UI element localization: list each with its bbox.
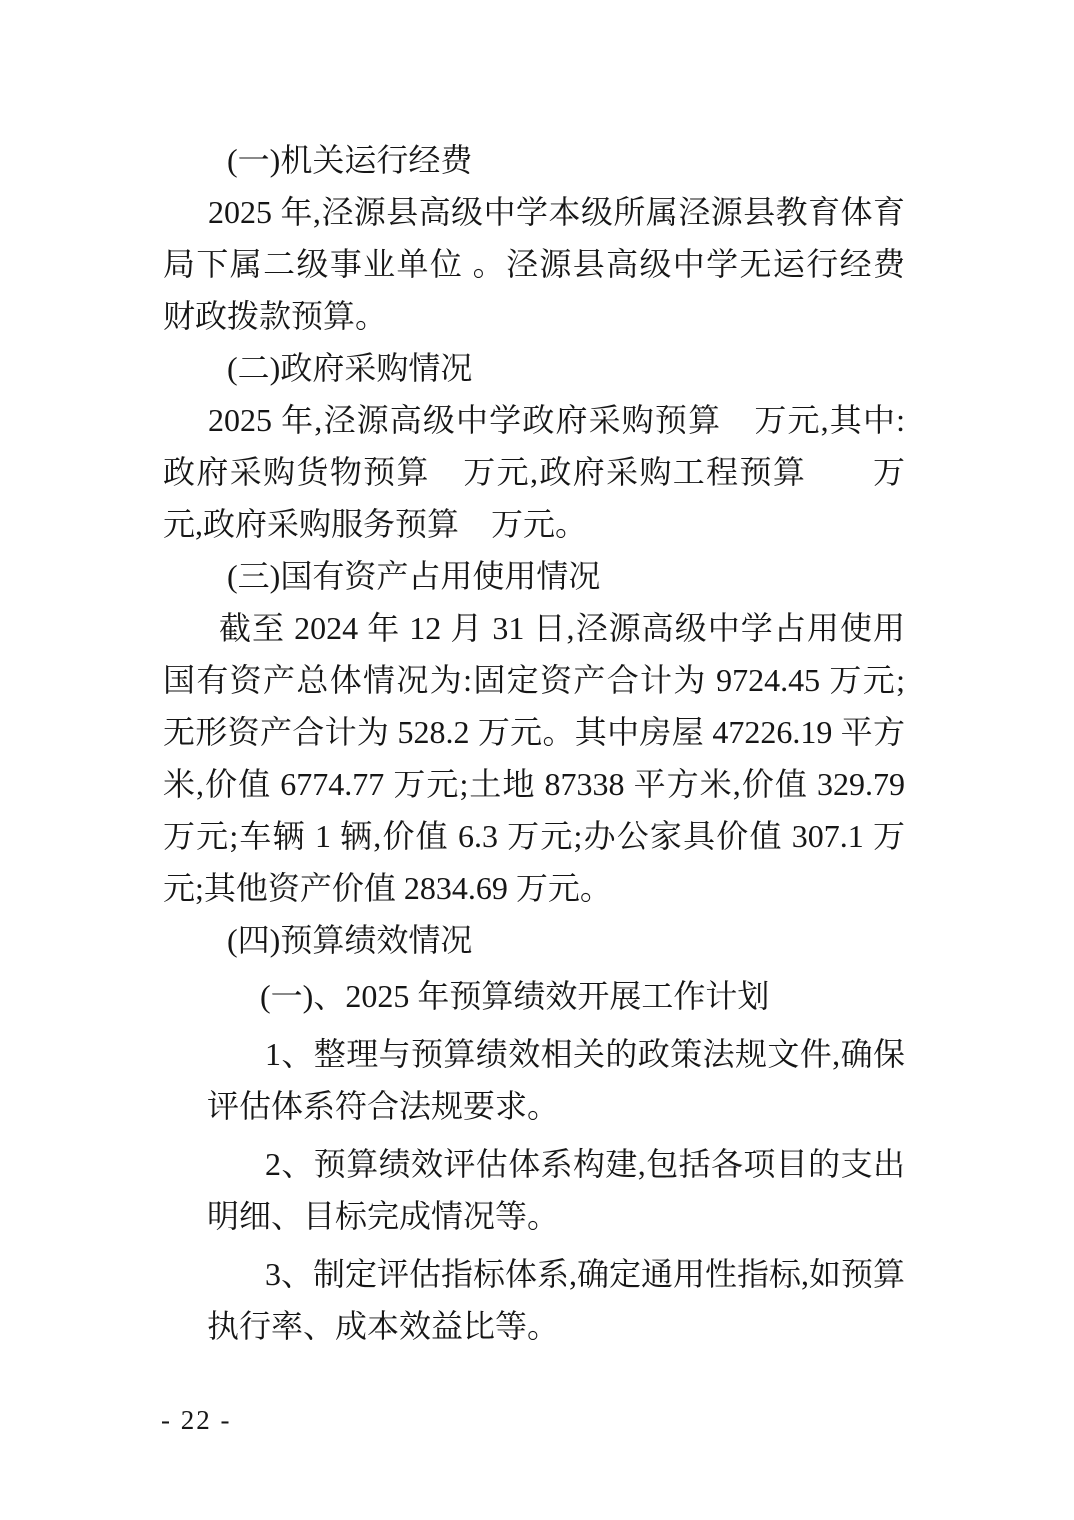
document-body: (一)机关运行经费 2025 年,泾源县高级中学本级所属泾源县教育体育局下属二级… — [163, 134, 905, 1352]
page-number: - 22 - — [161, 1405, 231, 1436]
section-1-paragraph: 2025 年,泾源县高级中学本级所属泾源县教育体育局下属二级事业单位 。泾源县高… — [163, 186, 905, 342]
section-3-paragraph: 截至 2024 年 12 月 31 日,泾源高级中学占用使用国有资产总体情况为:… — [163, 602, 905, 914]
performance-plan-block: (一)、2025 年预算绩效开展工作计划 1、整理与预算绩效相关的政策法规文件,… — [207, 970, 905, 1352]
document-page: (一)机关运行经费 2025 年,泾源县高级中学本级所属泾源县教育体育局下属二级… — [0, 0, 1074, 1520]
plan-item-1: 1、整理与预算绩效相关的政策法规文件,确保评估体系符合法规要求。 — [207, 1028, 905, 1132]
plan-item-2: 2、预算绩效评估体系构建,包括各项目的支出明细、目标完成情况等。 — [207, 1138, 905, 1242]
plan-subheading: (一)、2025 年预算绩效开展工作计划 — [207, 970, 905, 1022]
plan-item-3: 3、制定评估指标体系,确定通用性指标,如预算执行率、成本效益比等。 — [207, 1248, 905, 1352]
section-3-heading: (三)国有资产占用使用情况 — [163, 550, 905, 602]
section-2-heading: (二)政府采购情况 — [163, 342, 905, 394]
section-4-heading: (四)预算绩效情况 — [163, 914, 905, 966]
section-2-paragraph: 2025 年,泾源高级中学政府采购预算 万元,其中:政府采购货物预算 万元,政府… — [163, 394, 905, 550]
section-1-heading: (一)机关运行经费 — [163, 134, 905, 186]
